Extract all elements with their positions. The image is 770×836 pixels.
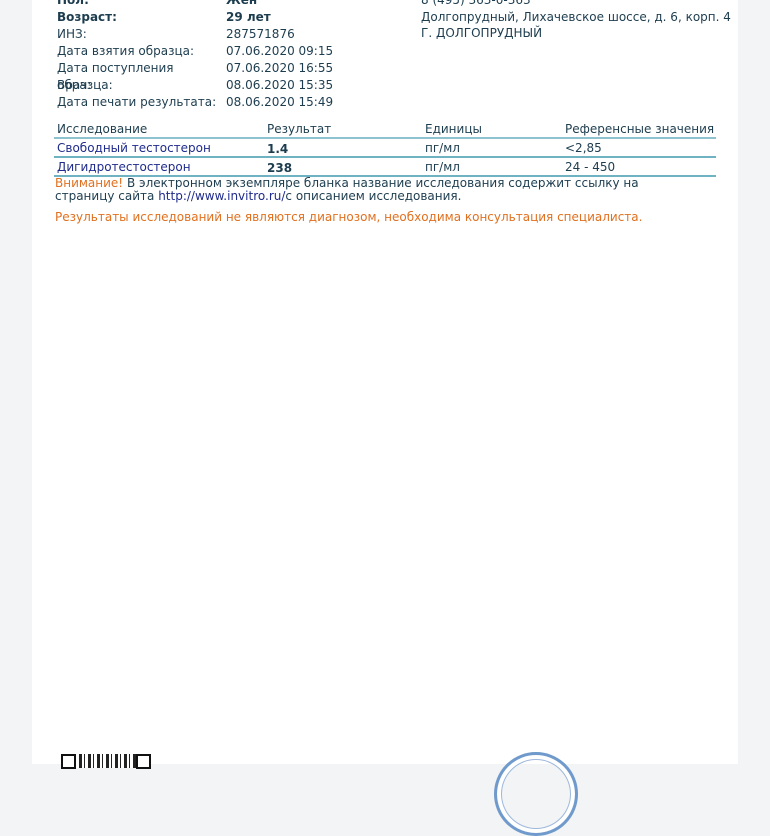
sample-date-value: 07.06.2020 09:15 bbox=[226, 43, 333, 60]
invitro-link[interactable]: http://www.invitro.ru/ bbox=[158, 189, 285, 203]
lab-phone: 8 (495) 363-0-363 bbox=[421, 0, 731, 9]
inz-label: ИНЗ: bbox=[57, 26, 226, 43]
patient-row-doctor: Врач: 08.06.2020 15:35 bbox=[57, 77, 333, 94]
disclaimer: Результаты исследований не являются диаг… bbox=[55, 210, 642, 224]
patient-row-print-date: Дата печати результата: 08.06.2020 15:49 bbox=[57, 94, 333, 111]
received-date-label: Дата поступления образца: bbox=[57, 60, 226, 77]
test-result: 1.4 bbox=[267, 139, 425, 156]
lab-info: 8 (495) 363-0-363 Долгопрудный, Лихачевс… bbox=[421, 0, 731, 42]
patient-row-sex: Пол: Жен bbox=[57, 0, 333, 9]
doctor-label: Врач: bbox=[57, 77, 226, 94]
notice-text-end: с описанием исследования. bbox=[285, 189, 461, 203]
test-units: пг/мл bbox=[425, 141, 565, 155]
notice: Внимание! В электронном экземпляре бланк… bbox=[55, 177, 695, 203]
header-reference: Референсные значения bbox=[565, 122, 716, 136]
lab-stamp bbox=[494, 752, 578, 764]
notice-warning-label: Внимание! bbox=[55, 176, 123, 190]
print-date-label: Дата печати результата: bbox=[57, 94, 226, 111]
inz-value: 287571876 bbox=[226, 26, 295, 43]
table-row: Свободный тестостерон 1.4 пг/мл <2,85 bbox=[54, 139, 716, 158]
patient-row-age: Возраст: 29 лет bbox=[57, 9, 333, 26]
age-label: Возраст: bbox=[57, 9, 226, 26]
age-value: 29 лет bbox=[226, 9, 271, 26]
header-units: Единицы bbox=[425, 122, 565, 136]
received-date-value: 07.06.2020 16:55 bbox=[226, 60, 333, 77]
test-units: пг/мл bbox=[425, 160, 565, 174]
header-result: Результат bbox=[267, 122, 425, 136]
print-date-value: 08.06.2020 15:49 bbox=[226, 94, 333, 111]
test-reference: 24 - 450 bbox=[565, 160, 716, 174]
header-test: Исследование bbox=[54, 122, 267, 136]
test-result: 238 bbox=[267, 158, 425, 175]
lab-city: Г. ДОЛГОПРУДНЫЙ bbox=[421, 25, 731, 42]
sex-label: Пол: bbox=[57, 0, 226, 9]
sex-value: Жен bbox=[226, 0, 257, 9]
table-header: Исследование Результат Единицы Референсн… bbox=[54, 120, 716, 139]
doctor-value: 08.06.2020 15:35 bbox=[226, 77, 333, 94]
patient-row-inz: ИНЗ: 287571876 bbox=[57, 26, 333, 43]
qr-code bbox=[61, 754, 151, 764]
patient-row-sample-date: Дата взятия образца: 07.06.2020 09:15 bbox=[57, 43, 333, 60]
patient-info: Пол: Жен Возраст: 29 лет ИНЗ: 287571876 … bbox=[57, 0, 333, 111]
sample-date-label: Дата взятия образца: bbox=[57, 43, 226, 60]
table-row: Дигидротестостерон 238 пг/мл 24 - 450 bbox=[54, 158, 716, 177]
result-sheet: Пол: Жен Возраст: 29 лет ИНЗ: 287571876 … bbox=[32, 0, 738, 764]
test-name-link[interactable]: Свободный тестостерон bbox=[54, 141, 267, 155]
test-reference: <2,85 bbox=[565, 141, 716, 155]
results-table: Исследование Результат Единицы Референсн… bbox=[54, 120, 716, 177]
lab-address: Долгопрудный, Лихачевское шоссе, д. 6, к… bbox=[421, 9, 731, 26]
test-name-link[interactable]: Дигидротестостерон bbox=[54, 160, 267, 174]
patient-row-received-date: Дата поступления образца: 07.06.2020 16:… bbox=[57, 60, 333, 77]
